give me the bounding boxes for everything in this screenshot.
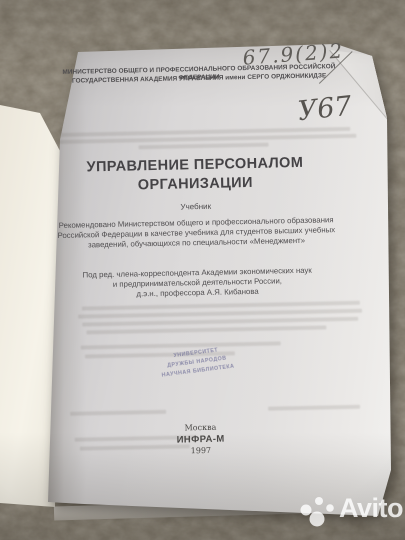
showthrough-line <box>139 143 269 150</box>
recommendation-text: Рекомендовано Министерством общего и про… <box>50 215 343 252</box>
book-title-line1: УПРАВЛЕНИЕ ПЕРСОНАЛОМ <box>49 154 341 176</box>
editors-block: Под ред. члена-корреспондента Академии э… <box>51 265 344 302</box>
avito-logo-icon <box>296 485 338 531</box>
imprint-city: Москва <box>150 422 250 433</box>
handwritten-cipher: У67 <box>296 91 353 128</box>
photo-book-title-page: МИНИСТЕРСТВО ОБЩЕГО И ПРОФЕССИОНАЛЬНОГО … <box>0 0 405 540</box>
book-subtitle: Учебник <box>50 199 342 214</box>
showthrough-line <box>86 325 326 334</box>
imprint-year: 1997 <box>151 445 251 456</box>
avito-watermark-label: Avito <box>339 485 403 531</box>
showthrough-line <box>268 405 360 411</box>
imprint-publisher: ИНФРА-М <box>151 433 251 446</box>
showthrough-line <box>70 410 166 416</box>
imprint-block: Москва ИНФРА-М 1997 <box>150 422 251 456</box>
page-content: МИНИСТЕРСТВО ОБЩЕГО И ПРОФЕССИОНАЛЬНОГО … <box>0 0 405 540</box>
book-title-line2: ОРГАНИЗАЦИИ <box>49 173 341 195</box>
library-stamp: УНИВЕРСИТЕТ ДРУЖБЫ НАРОДОВ НАУЧНАЯ БИБЛИ… <box>136 342 258 384</box>
avito-watermark: Avito <box>296 484 402 532</box>
